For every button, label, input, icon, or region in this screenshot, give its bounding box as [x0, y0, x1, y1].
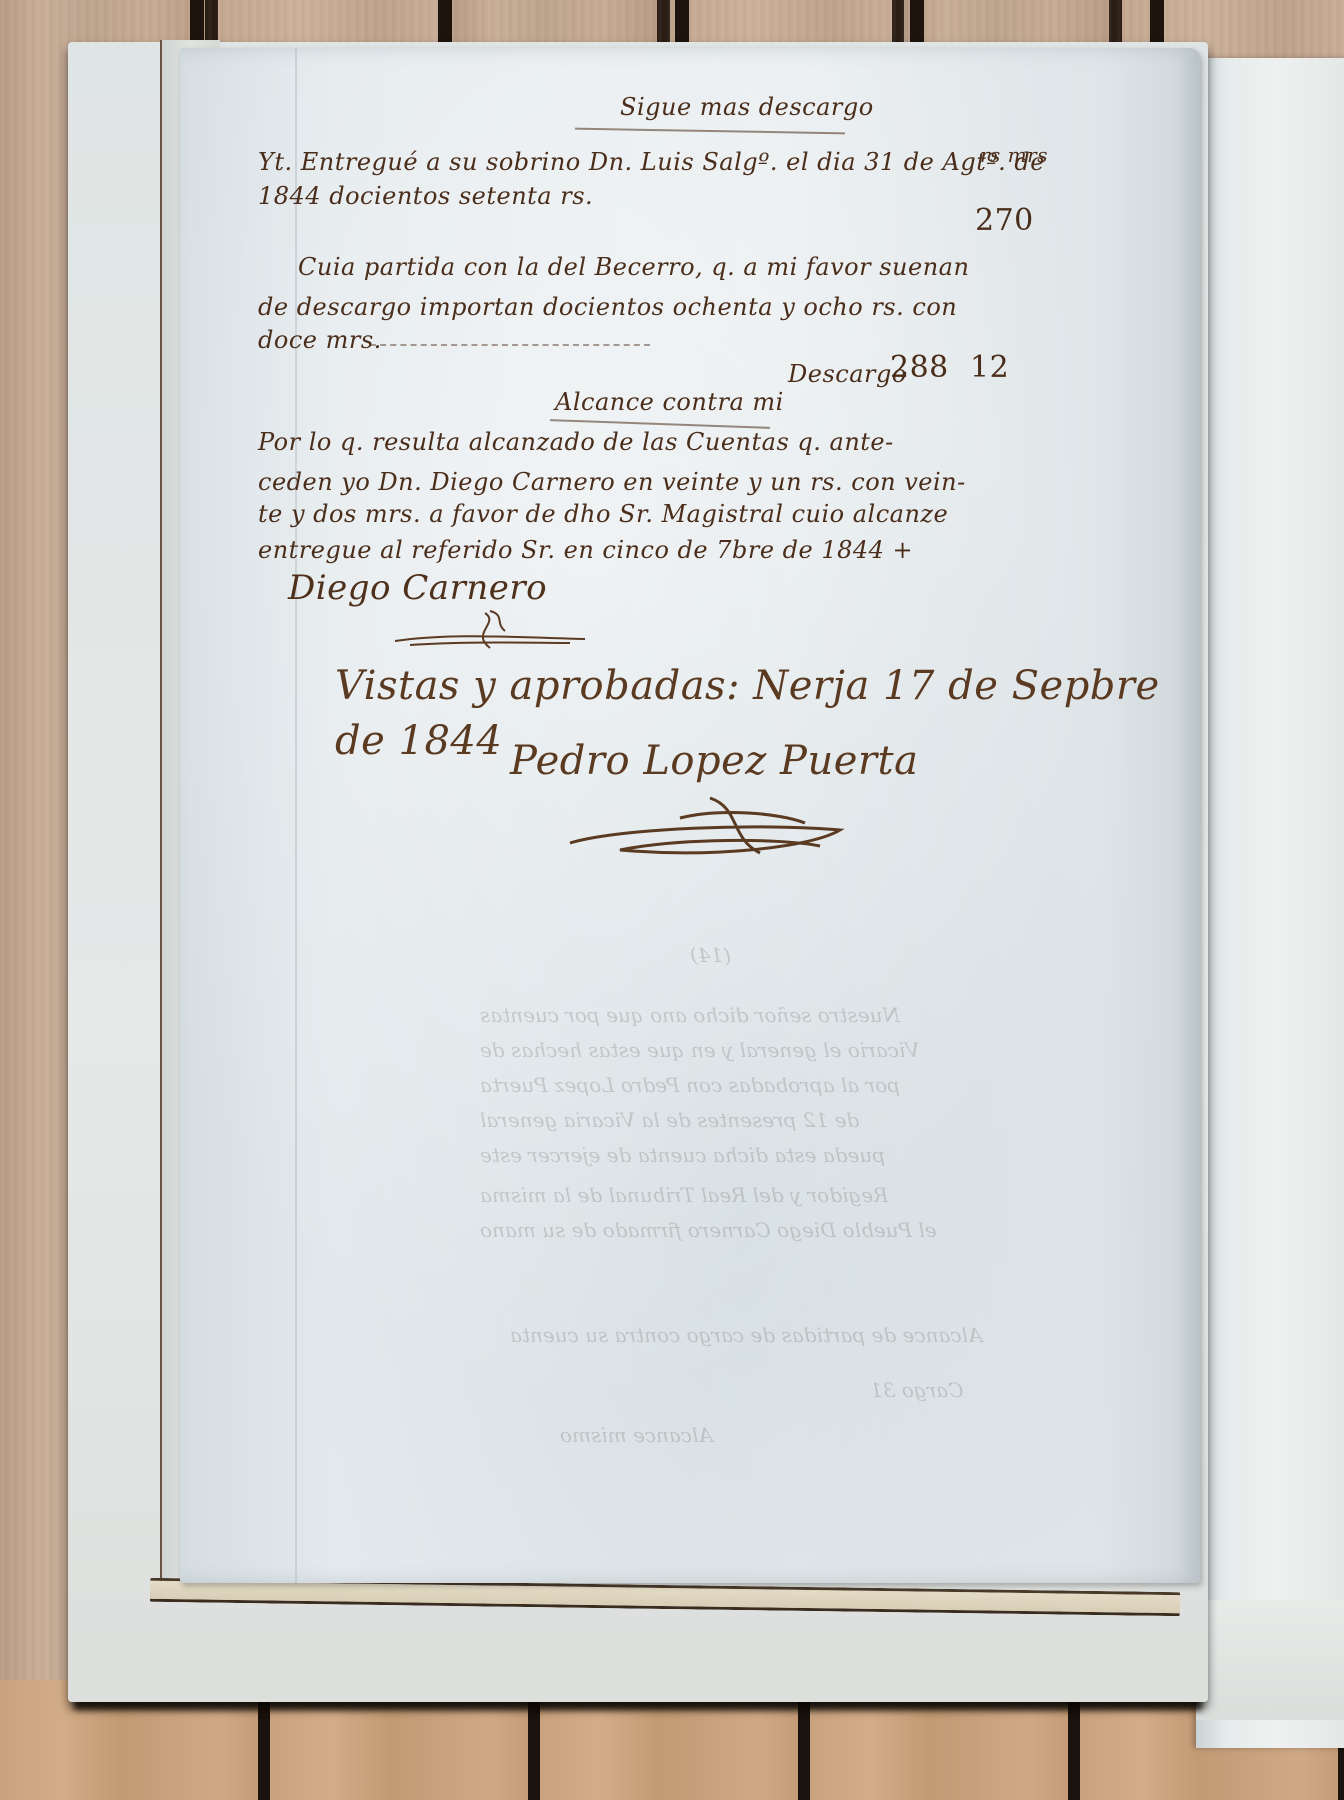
balance-line-2: ceden yo Dn. Diego Carnero en veinte y u… [258, 468, 966, 496]
entry-line-1: Yt. Entregué a su sobrino Dn. Luis Salgº… [258, 148, 1045, 176]
bleed-through-text: Alcance de partidas de cargo contra su c… [510, 1323, 982, 1347]
facing-page [1196, 58, 1344, 1748]
bleed-through-text: de 12 presentes de la Vicaria general [480, 1108, 859, 1132]
signature-diego-carnero: Diego Carnero [288, 568, 547, 608]
bleed-through-text: (14) [690, 943, 731, 967]
bleed-through-text: el Pueblo Diego Carnero firmado de su ma… [480, 1218, 937, 1242]
signature-flourish-icon [390, 603, 590, 653]
entry-line-2: 1844 docientos setenta rs. [258, 182, 593, 210]
entry-units-header: rs mrs [980, 143, 1048, 167]
entry-amount: 270 [975, 203, 1034, 238]
approval-line-2: de 1844 [335, 718, 502, 764]
heading-underline [575, 128, 845, 135]
summary-line-3: doce mrs. [258, 326, 382, 354]
bleed-through-text: Vicario el general y en que estas hechas… [480, 1038, 919, 1062]
filler-dashes [370, 344, 650, 346]
facing-page-edge [1196, 1600, 1344, 1720]
fold-line [295, 48, 297, 1583]
heading-alcance: Alcance contra mi [555, 388, 784, 416]
bleed-through-text: Alcance mismo [560, 1423, 713, 1447]
descargo-total-label: Descargo [788, 360, 907, 388]
balance-line-3: te y dos mrs. a favor de dho Sr. Magistr… [258, 500, 948, 528]
descargo-total-reales: 288 [890, 350, 949, 385]
signature-rubric-icon [560, 768, 860, 868]
bleed-through-text: Cargo 31 [870, 1378, 963, 1402]
bleed-through-text: por al aprobadas con Pedro Lopez Puerta [480, 1073, 900, 1097]
bleed-through-text: Regidor y del Real Tribunal de la misma [480, 1183, 888, 1207]
summary-line-2: de descargo importan docientos ochenta y… [258, 293, 957, 321]
balance-line-4: entregue al referido Sr. en cinco de 7br… [258, 536, 913, 564]
manuscript-page: (14) Nuestro señor dicho ano que por cue… [180, 48, 1200, 1583]
summary-line-1: Cuia partida con la del Becerro, q. a mi… [298, 253, 969, 281]
heading-sigue-descargo: Sigue mas descargo [620, 93, 874, 121]
balance-line-1: Por lo q. resulta alcanzado de las Cuent… [258, 428, 894, 456]
bleed-through-text: pueda esta dicha cuenta de ejercer este [480, 1143, 885, 1167]
bleed-through-text: Nuestro señor dicho ano que por cuentas [480, 1003, 900, 1027]
descargo-total-maravedis: 12 [970, 350, 1009, 385]
approval-line-1: Vistas y aprobadas: Nerja 17 de Sepbre [335, 663, 1160, 709]
